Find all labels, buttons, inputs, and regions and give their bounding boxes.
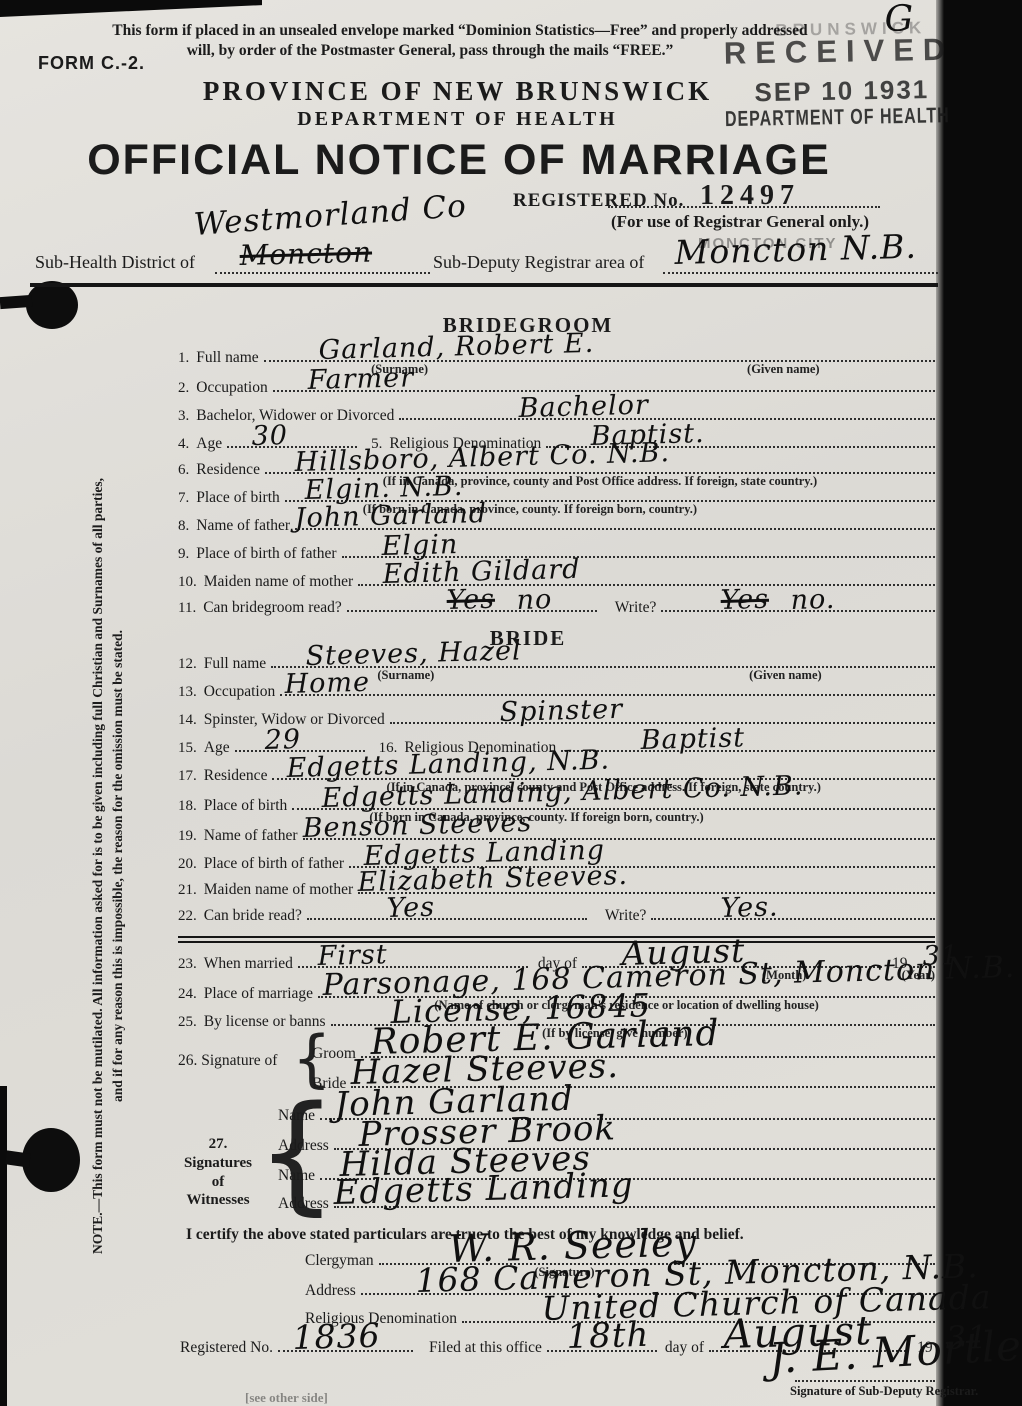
bg-residence-value: Hillsboro, Albert Co. N.B. [294,441,670,475]
sub-health-district-line [215,272,430,274]
field-row-br-status: 14. Spinster, Widow or Divorced Spinster [178,702,935,724]
filing-registered-no-value: 1836 [292,1321,381,1353]
signature-of-label: 26. Signature of [178,1052,277,1070]
sub-health-district-label: Sub-Health District of [35,252,195,273]
field-row-bg-literacy: 11. Can bridegroom read? Yes no Write? Y… [178,590,935,612]
field-row-bg-occupation: 2. Occupation Farmer [178,370,935,392]
header-divider-rule [30,283,938,287]
punch-hole-top-tail [0,295,32,309]
br-status-value: Spinster [499,697,623,725]
sub-deputy-area-value: Moncton N.B. [674,232,917,268]
scan-edge-top-left [0,0,262,17]
br-read-value: Yes [386,895,435,921]
side-note: NOTE.—This form must not be mutilated. A… [88,470,129,1262]
section-divider-rule-1 [178,936,935,938]
when-day-value: First [317,943,388,969]
bg-father-value: John Garland [294,502,487,531]
sub-health-district-value-top: Westmorland Co [193,193,468,240]
br-occupation-value: Home [285,670,371,697]
document-title: OFFICIAL NOTICE OF MARRIAGE [0,136,918,185]
sub-health-district-value: Moncton [239,240,372,269]
form-number: FORM C.-2. [38,53,145,74]
footer-note: [see other side] [245,1390,328,1406]
field-row-bg-status: 3. Bachelor, Widower or Divorced Bachelo… [178,398,935,420]
br-write-value: Yes. [721,895,780,921]
sub-deputy-area-line [663,272,938,274]
punch-hole-bottom-tail [5,1150,31,1167]
field-row-bg-full-name: 1. Full name Garland, Robert E. (Surname… [178,340,935,362]
marriage-notice-document: This form if placed in an unsealed envel… [0,0,1022,1406]
br-age-value: 29 [264,728,301,753]
field-row-br-literacy: 22. Can bride read? Yes Write? Yes. [178,898,935,920]
bg-read-alt: no [516,588,552,613]
bg-mother-value: Edith Gildard [382,558,580,587]
field-row-br-full-name: 12. Full name Steeves, Hazel (Surname) (… [178,646,935,668]
scan-edge-right [936,0,1022,1406]
field-row-bg-mother: 10. Maiden name of mother Edith Gildard [178,564,935,586]
received-stamp-dept: DEPARTMENT OF HEALTH [725,105,950,133]
field-row-bg-father: 8. Name of father John Garland [178,508,935,530]
punch-hole-top [26,281,78,329]
bg-father-birthplace-value: Elgin [381,533,458,559]
punch-hole-bottom [22,1128,80,1192]
field-row-bg-residence: 6. Residence Hillsboro, Albert Co. N.B. … [178,452,935,474]
field-row-witness2-address: Address Edgetts Landing [278,1186,935,1208]
field-row-br-occupation: 13. Occupation Home [178,674,935,696]
br-full-name-value: Steeves, Hazel [306,639,523,669]
br-mother-value: Elizabeth Steeves. [357,864,628,895]
scan-edge-left-bottom [0,1086,7,1406]
filing-day-value: 18th [566,1320,650,1353]
field-row-br-mother: 21. Maiden name of mother Elizabeth Stee… [178,872,935,894]
registered-no-label: REGISTERED No. [513,190,684,212]
received-stamp-date: SEP 10 1931 [754,74,929,108]
bg-occupation-value: Farmer [307,366,414,393]
br-father-value: Benson Steeves [302,811,532,841]
field-row-bg-birthplace: 7. Place of birth Elgin. N.B. (If born i… [178,480,935,502]
handwritten-g-annotation: G [884,3,915,36]
bg-age-value: 30 [251,424,288,449]
bg-write-value: Yes [721,587,770,613]
bg-status-value: Bachelor [519,393,650,421]
sub-deputy-area-label: Sub-Deputy Registrar area of [433,252,644,273]
registered-no-value: 12497 [700,180,800,212]
section-divider-rule-2 [178,941,935,943]
field-row-br-birthplace: 18. Place of birth Edgetts Landing, Albe… [178,788,935,810]
mailer-note-line2: will, by order of the Postmaster General… [80,42,780,60]
bg-full-name-value: Garland, Robert E. [318,331,594,363]
bg-read-value: Yes [446,587,495,613]
bg-write-alt: no. [791,588,836,613]
sub-deputy-signature-label: Signature of Sub-Deputy Registrar. [790,1384,978,1399]
witnesses-label: 27. Signatures of Witnesses [178,1135,258,1210]
received-stamp-word: RECEIVED [724,32,955,72]
br-religion-value: Baptist [641,726,746,753]
witness2-address-value: Edgetts Landing [333,1171,634,1209]
